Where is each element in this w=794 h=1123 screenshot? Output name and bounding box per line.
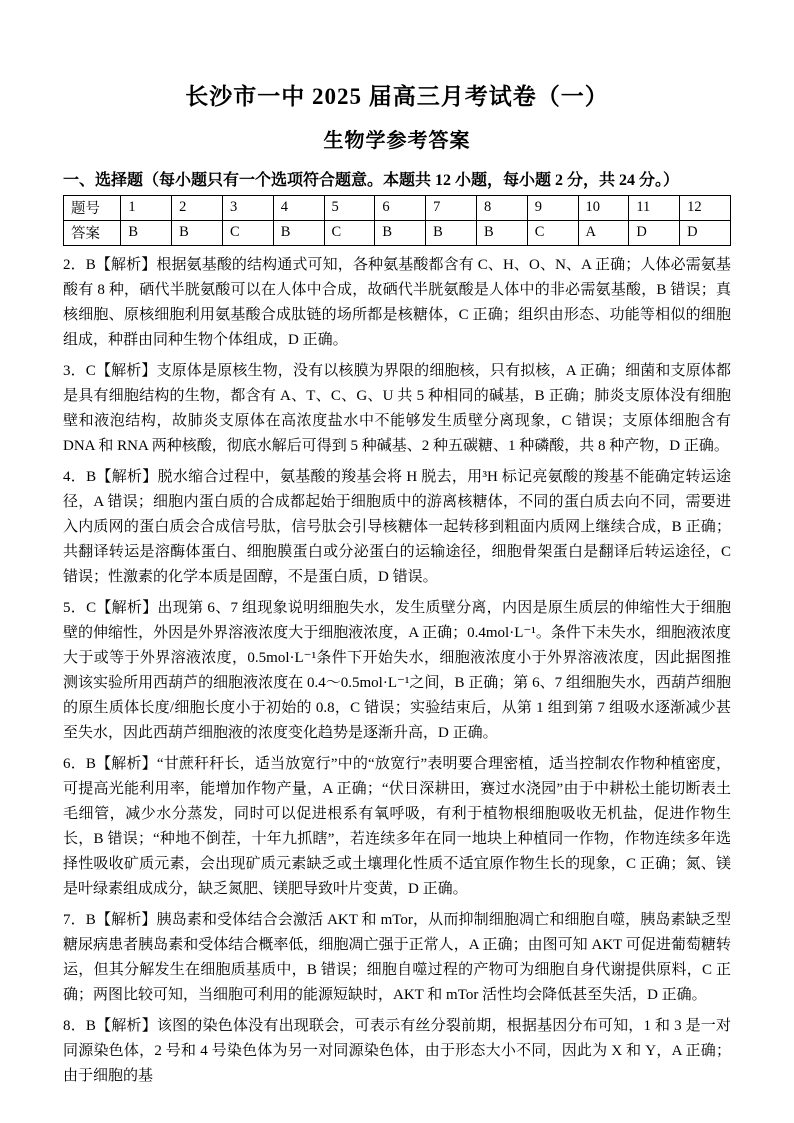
answer-cell: B xyxy=(273,220,324,245)
question-number-cell: 9 xyxy=(527,195,578,220)
question-number-cell: 7 xyxy=(426,195,477,220)
answer-cell: B xyxy=(172,220,223,245)
answer-cell: D xyxy=(680,220,731,245)
question-number-cell: 10 xyxy=(578,195,629,220)
answer-cell: C xyxy=(324,220,375,245)
answer-cell: B xyxy=(375,220,426,245)
answer-key-title: 生物学参考答案 xyxy=(63,124,731,153)
explanations-list: 2．B【解析】根据氨基酸的结构通式可知，各种氨基酸都含有 C、H、O、N、A 正… xyxy=(63,253,731,1089)
explanation-q3: 3．C【解析】支原体是原核生物，没有以核膜为界限的细胞核，只有拟核，A 正确；细… xyxy=(63,359,731,459)
answer-cell: D xyxy=(629,220,680,245)
question-number-cell: 5 xyxy=(324,195,375,220)
answer-cell: B xyxy=(121,220,172,245)
question-number-cell: 6 xyxy=(375,195,426,220)
explanation-q5: 5．C【解析】出现第 6、7 组现象说明细胞失水，发生质壁分离，内因是原生质层的… xyxy=(63,596,731,746)
explanation-q6: 6．B【解析】“甘蔗秆秆长，适当放宽行”中的“放宽行”表明要合理密植，适当控制农… xyxy=(63,752,731,902)
explanation-q4: 4．B【解析】脱水缩合过程中，氨基酸的羧基会将 H 脱去，用³H 标记亮氨酸的羧… xyxy=(63,465,731,590)
question-number-cell: 1 xyxy=(121,195,172,220)
question-number-row: 题号 1 2 3 4 5 6 7 8 9 10 11 12 xyxy=(64,195,731,220)
question-number-cell: 3 xyxy=(222,195,273,220)
answer-cell: A xyxy=(578,220,629,245)
exam-title: 长沙市一中 2025 届高三月考试卷（一） xyxy=(63,82,731,112)
answer-cell: C xyxy=(527,220,578,245)
answer-cell: B xyxy=(426,220,477,245)
answer-cell: C xyxy=(222,220,273,245)
row-header-cell: 题号 xyxy=(64,195,121,220)
answer-row: 答案 B B C B C B B B C A D D xyxy=(64,220,731,245)
row-header-cell: 答案 xyxy=(64,220,121,245)
explanation-q8: 8．B【解析】该图的染色体没有出现联会，可表示有丝分裂前期，根据基因分布可知，1… xyxy=(63,1014,731,1089)
question-number-cell: 12 xyxy=(680,195,731,220)
multiple-choice-section-heading: 一、选择题（每小题只有一个选项符合题意。本题共 12 小题，每小题 2 分，共 … xyxy=(63,167,731,190)
document-page: 长沙市一中 2025 届高三月考试卷（一） 生物学参考答案 一、选择题（每小题只… xyxy=(0,0,794,1123)
question-number-cell: 11 xyxy=(629,195,680,220)
answer-cell: B xyxy=(476,220,527,245)
question-number-cell: 8 xyxy=(476,195,527,220)
explanation-q7: 7．B【解析】胰岛素和受体结合会激活 AKT 和 mTor，从而抑制细胞凋亡和细… xyxy=(63,908,731,1008)
answer-key-table: 题号 1 2 3 4 5 6 7 8 9 10 11 12 答案 B B C B… xyxy=(63,195,731,246)
question-number-cell: 4 xyxy=(273,195,324,220)
explanation-q2: 2．B【解析】根据氨基酸的结构通式可知，各种氨基酸都含有 C、H、O、N、A 正… xyxy=(63,253,731,353)
question-number-cell: 2 xyxy=(172,195,223,220)
